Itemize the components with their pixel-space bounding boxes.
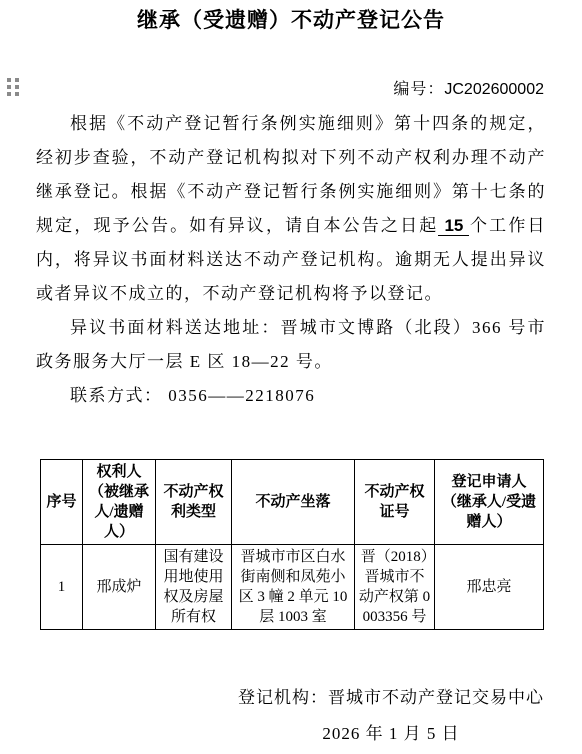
paragraph-address: 异议书面材料送达地址：晋城市文博路（北段）366 号市政务服务大厅一层 E 区 … [36,311,546,379]
objection-days-value: 15 [438,216,469,236]
table-row: 1 邢成炉 国有建设用地使用权及房屋所有权 晋城市市区白水街南侧和凤苑小区 3 … [41,545,544,630]
page-title: 继承（受遗赠）不动产登记公告 [0,0,582,33]
announcement-body: 根据《不动产登记暂行条例实施细则》第十四条的规定，经初步查验，不动产登记机构拟对… [36,107,546,413]
table-header-row: 序号 权利人（被继承人/遗赠人） 不动产权利类型 不动产坐落 不动产权证号 登记… [41,460,544,545]
registration-table: 序号 权利人（被继承人/遗赠人） 不动产权利类型 不动产坐落 不动产权证号 登记… [40,459,544,630]
col-header-index: 序号 [41,460,83,545]
cell-applicant: 邢忠亮 [435,545,544,630]
paragraph-main: 根据《不动产登记暂行条例实施细则》第十四条的规定，经初步查验，不动产登记机构拟对… [36,107,546,311]
cell-right-type: 国有建设用地使用权及房屋所有权 [156,545,232,630]
cell-certificate-no: 晋（2018）晋城市不动产权第 0003356 号 [355,545,435,630]
cell-index: 1 [41,545,83,630]
document-footer: 登记机构：晋城市不动产登记交易中心 2026 年 1 月 5 日 [0,685,582,747]
cell-rights-holder: 邢成炉 [83,545,156,630]
doc-number-value: JC202600002 [444,81,544,98]
col-header-location: 不动产坐落 [232,460,355,545]
document-page: 继承（受遗赠）不动产登记公告 编号：JC202600002 根据《不动产登记暂行… [0,0,582,754]
announcement-date: 2026 年 1 月 5 日 [238,721,544,747]
col-header-rights-holder: 权利人（被继承人/遗赠人） [83,460,156,545]
drag-handle-icon[interactable] [7,78,19,96]
col-header-applicant: 登记申请人（继承人/受遗赠人） [435,460,544,545]
doc-number-label: 编号： [393,81,444,98]
doc-number-line: 编号：JC202600002 [0,79,582,100]
paragraph-contact: 联系方式： 0356——2218076 [36,379,546,413]
cell-location: 晋城市市区白水街南侧和凤苑小区 3 幢 2 单元 10 层 1003 室 [232,545,355,630]
registration-authority: 登记机构：晋城市不动产登记交易中心 [238,685,544,711]
col-header-right-type: 不动产权利类型 [156,460,232,545]
col-header-certificate-no: 不动产权证号 [355,460,435,545]
footer-signature-block: 登记机构：晋城市不动产登记交易中心 2026 年 1 月 5 日 [238,685,544,747]
